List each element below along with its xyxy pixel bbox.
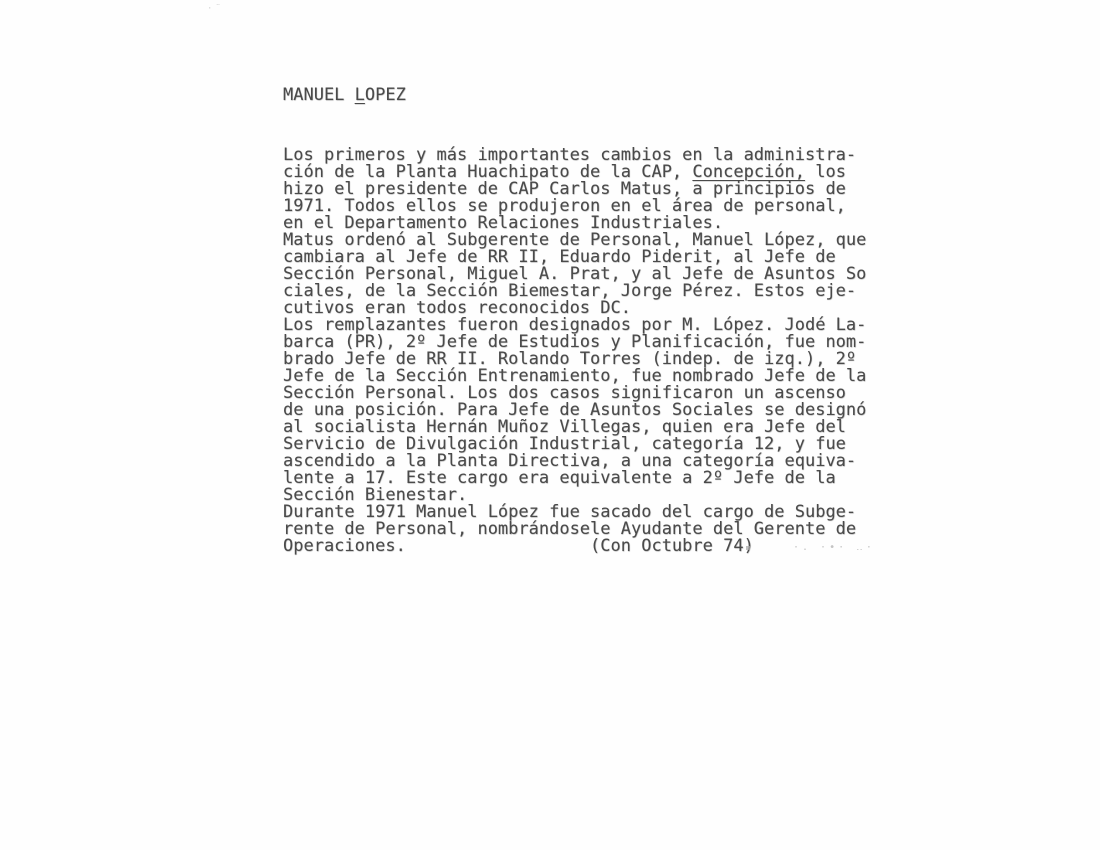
smudge-dot-artifact xyxy=(746,546,750,550)
typewritten-text-block: MANUEL LOPEZ Los primeros y más importan… xyxy=(283,53,866,589)
text-segment: OPEZ xyxy=(365,85,406,105)
underlined-text: L xyxy=(355,85,365,105)
text-segment: Operaciones. (Con Octubre 74) xyxy=(283,536,754,556)
pencil-scribble-artifact: ·. ·•· ‥· xyxy=(793,543,883,553)
scan-artifact-top-mark: ·¨ xyxy=(207,4,224,14)
text-segment: MANUEL xyxy=(283,85,355,105)
document-body: Los primeros y más importantes cambios e… xyxy=(283,147,866,555)
text-line: Operaciones. (Con Octubre 74) xyxy=(283,538,866,555)
scanned-page: ·¨ MANUEL LOPEZ Los primeros y más impor… xyxy=(0,0,1100,850)
document-title: MANUEL LOPEZ xyxy=(283,87,866,104)
